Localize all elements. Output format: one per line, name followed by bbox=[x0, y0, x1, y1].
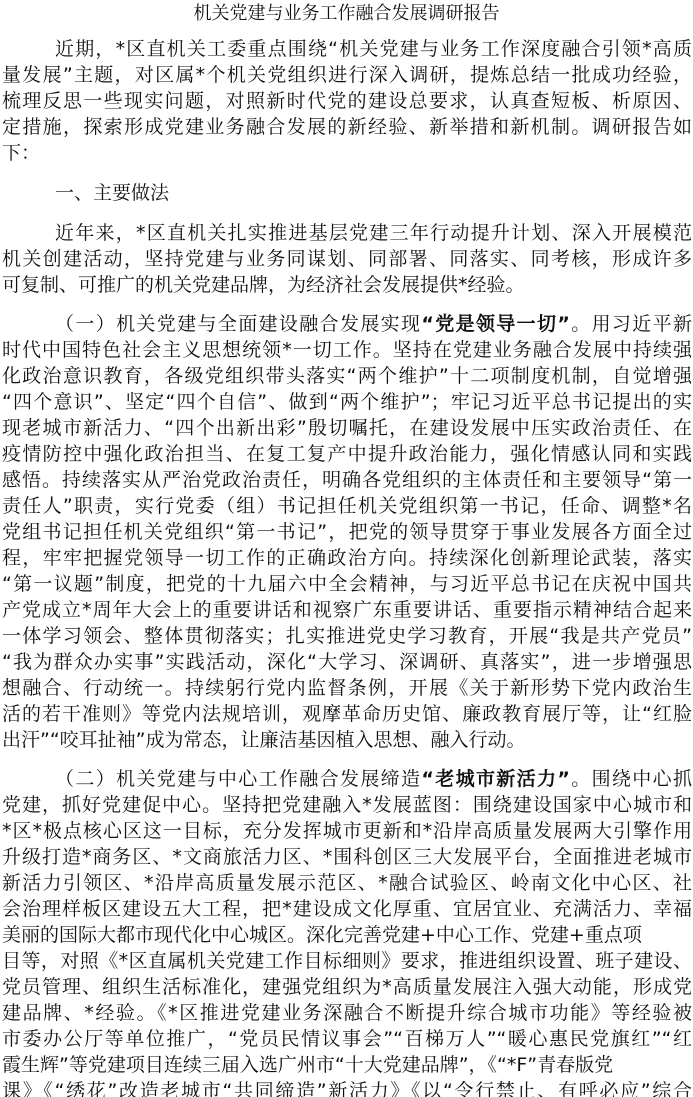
text-line: 党员管理、组织生活标准化，建强党组织为*高质量发展注入强大动能，形成党 bbox=[2, 974, 692, 1000]
subsection-emphasis: “党是领导一切” bbox=[421, 313, 569, 335]
text-line: 党组书记担任机关党组织“第一书记”，把党的领导贯穿于事业发展各方面全过 bbox=[2, 519, 692, 545]
text-line: 霞生辉”等党建项目连续三届入选广州市“十大党建品牌”，《“*F”青春版党 bbox=[2, 1052, 692, 1078]
document-page: 机关党建与业务工作融合发展调研报告 近期，*区直机关工委重点围绕“机关党建与业务… bbox=[0, 0, 693, 1097]
text-line: “第一议题”制度，把党的十九届六中全会精神，与习近平总书记在庆祝中国共 bbox=[2, 571, 692, 597]
subsection-lead-tail: 。围绕中心抓 bbox=[570, 768, 692, 790]
text-line: 党建，抓好党建促中心。坚持把党建融入*发展蓝图：围绕建设国家中心城市和 bbox=[2, 792, 692, 818]
text-line: 现老城市新活力、“四个出新出彩”殷切嘱托，在建设发展中压实政治责任、在 bbox=[2, 415, 692, 441]
text-line: 出汗”“咬耳扯袖”成为常态，让廉洁基因植入思想、融入行动。 bbox=[2, 727, 692, 753]
text-line: *区*极点核心区这一目标，充分发挥城市更新和*沿岸高质量发展两大引擎作用 bbox=[2, 818, 692, 844]
text-line: 产党成立*周年大会上的重要讲话和视察广东重要讲话、重要指示精神结合起来 bbox=[2, 597, 692, 623]
subsection-lead: （一）机关党建与全面建设融合发展实现 bbox=[55, 313, 421, 335]
text-line: 升级打造*商务区、*文商旅活力区、*围科创区三大发展平台，全面推进老城市 bbox=[2, 844, 692, 870]
subsection-lead-line: （一）机关党建与全面建设融合发展实现“党是领导一切”。用习近平新 bbox=[55, 311, 692, 337]
text-line: 定措施，探索形成党建业务融合发展的新经验、新举措和新机制。调研报告如 bbox=[2, 114, 692, 140]
text-line: 疫情防控中强化政治担当、在复工复产中提升政治能力，强化情感认同和实践 bbox=[2, 441, 692, 467]
text-line: 可复制、可推广的机关党建品牌，为经济社会发展提供*经验。 bbox=[2, 272, 692, 298]
text-line: 感悟。持续落实从严治党政治责任，明确各党组织的主体责任和主要领导“第一 bbox=[2, 467, 692, 493]
subsection-lead-tail: 。用习近平新 bbox=[570, 313, 692, 335]
text-line: 美丽的国际大都市现代化中心城区。深化完善党建+中心工作、党建+重点项 bbox=[2, 922, 692, 948]
text-line: 程，牢牢把握党领导一切工作的正确政治方向。持续深化创新理论武装，落实 bbox=[2, 545, 692, 571]
text-line: 量发展”主题，对区属*个机关党组织进行深入调研，提炼总结一批成功经验， bbox=[2, 62, 692, 88]
text-line: 机关创建活动，坚持党建与业务同谋划、同部署、同落实、同考核，形成许多 bbox=[2, 246, 692, 272]
text-line: 市委办公厅等单位推广，“党员民情议事会”“百梯万人”“暖心惠民党旗红”“红 bbox=[2, 1026, 692, 1052]
text-line: 下： bbox=[2, 140, 692, 166]
text-line: 一体学习领会、整体贯彻落实；扎实推进党史学习教育，开展“我是共产党员” bbox=[2, 623, 692, 649]
text-line: “四个意识”、坚定“四个自信”、做到“两个维护”；牢记习近平总书记提出的实 bbox=[2, 389, 692, 415]
text-line: 想融合、行动统一。持续躬行党内监督条例，开展《关于新形势下党内政治生 bbox=[2, 675, 692, 701]
text-line: 课》《“绣花”改造老城市“共同缔造”新活力》《以“令行禁止、有呼必应”综合 bbox=[2, 1078, 692, 1097]
text-line: 活的若干准则》等党内法规培训，观摩革命历史馆、廉政教育展厅等，让“红脸 bbox=[2, 701, 692, 727]
text-line: 会治理样板区建设五大工程，把*建设成文化厚重、宜居宜业、充满活力、幸福 bbox=[2, 896, 692, 922]
text-line: 建品牌、*经验。《*区推进党建业务深融合不断提升综合城市功能》等经验被 bbox=[2, 1000, 692, 1026]
subsection-emphasis: “老城市新活力” bbox=[421, 768, 569, 790]
text-line: “我为群众办实事”实践活动，深化“大学习、深调研、真落实”，进一步增强思 bbox=[2, 649, 692, 675]
subsection-lead-line: （二）机关党建与中心工作融合发展缔造“老城市新活力”。围绕中心抓 bbox=[55, 766, 692, 792]
document-title: 机关党建与业务工作融合发展调研报告 bbox=[0, 2, 693, 26]
text-line: 近年来，*区直机关扎实推进基层党建三年行动提升计划、深入开展模范 bbox=[55, 220, 692, 246]
section-heading: 一、主要做法 bbox=[55, 180, 169, 206]
text-line: 时代中国特色社会主义思想统领*一切工作。坚持在党建业务融合发展中持续强 bbox=[2, 337, 692, 363]
text-line: 近期，*区直机关工委重点围绕“机关党建与业务工作深度融合引领*高质 bbox=[55, 36, 692, 62]
subsection-lead: （二）机关党建与中心工作融合发展缔造 bbox=[55, 768, 421, 790]
text-line: 目等，对照《*区直属机关党建工作目标细则》要求，推进组织设置、班子建设、 bbox=[2, 948, 692, 974]
text-line: 责任人”职责，实行党委（组）书记担任机关党组织第一书记，任命、调整*名 bbox=[2, 493, 692, 519]
text-line: 化政治意识教育，各级党组织带头落实“两个维护”十二项制度机制，自觉增强 bbox=[2, 363, 692, 389]
text-line: 新活力引领区、*沿岸高质量发展示范区、*融合试验区、岭南文化中心区、社 bbox=[2, 870, 692, 896]
text-line: 梳理反思一些现实问题，对照新时代党的建设总要求，认真查短板、析原因、 bbox=[2, 88, 692, 114]
